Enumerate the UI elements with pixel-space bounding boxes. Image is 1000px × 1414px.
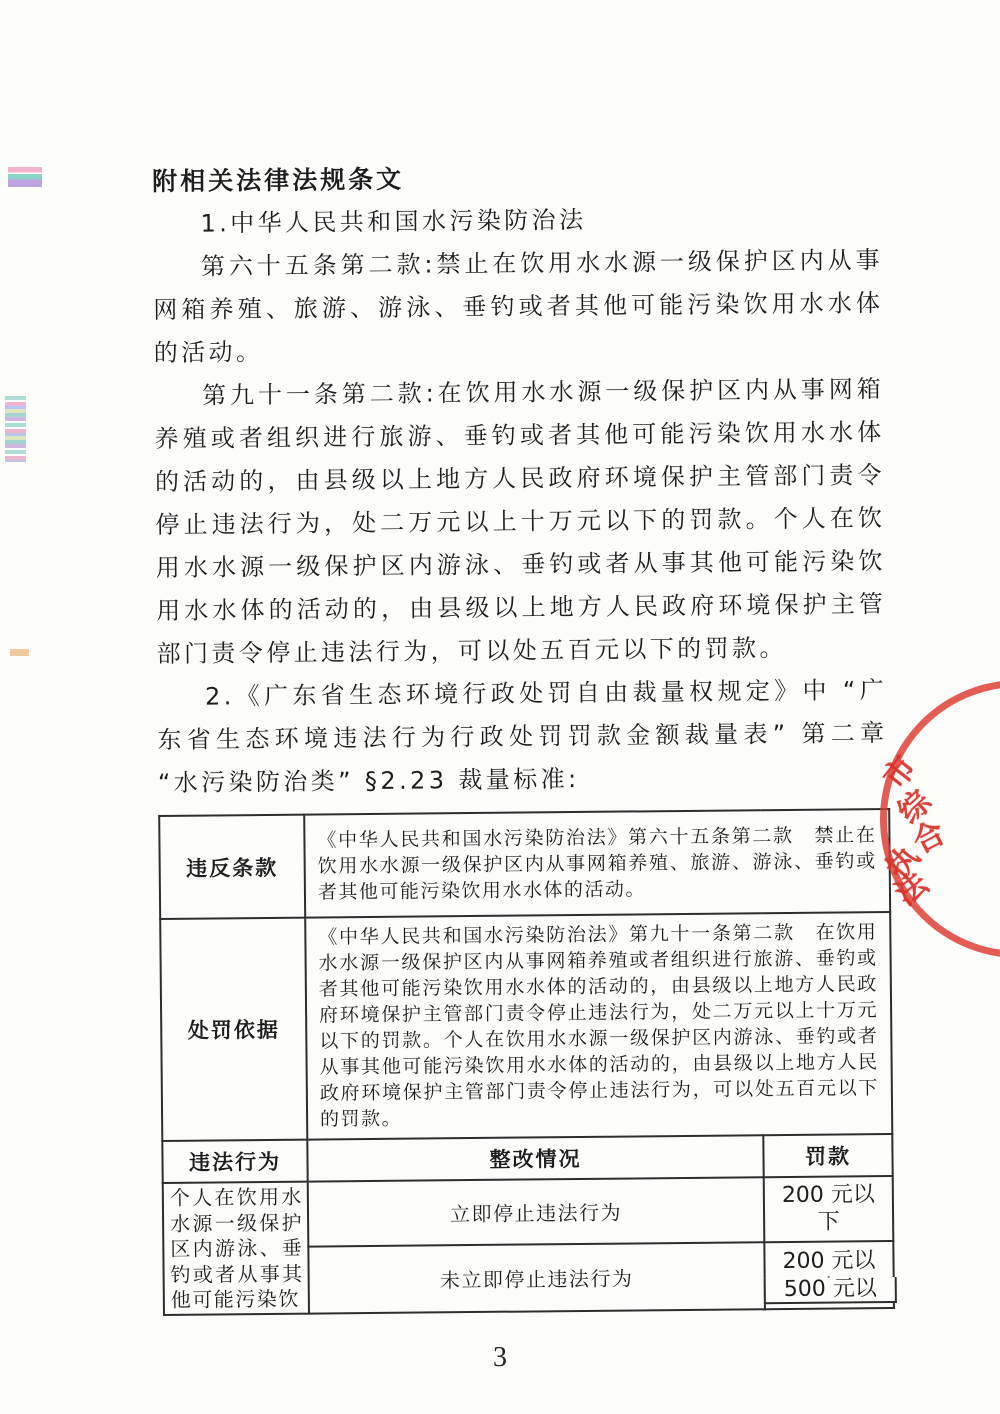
fine-cell-immediate: 200 元以 下 [764, 1176, 894, 1242]
document-heading: 附相关法律法规条文 [152, 153, 882, 203]
stamp-ring [880, 680, 1000, 958]
table-row-immediate-stop: 个人在饮用水水源一级保护区内游泳、垂钓或者从事其他可能污染饮 立即停止违法行为 … [163, 1176, 894, 1248]
rectification-header: 整改情况 [307, 1135, 763, 1181]
scan-color-artifact-middle [5, 396, 26, 462]
penalty-basis-label: 处罚依据 [160, 918, 307, 1141]
paragraph-law-title: 1.中华人民共和国水污染防治法 [152, 196, 882, 246]
scan-color-artifact-lower [10, 649, 29, 656]
fine-cell-overflow: 500 元以 [764, 1277, 897, 1304]
paragraph-article-91: 第九十一条第二款:在饮用水水源一级保护区内从事网箱养殖或者组织进行旅游、垂钓或者… [154, 368, 887, 676]
rectification-cell-not-immediate: 未立即停止违法行为 [308, 1242, 765, 1313]
violation-clause-content: 《中华人民共和国水污染防治法》第六十五条第二款 禁止在饮用水水源一级保护区内从事… [304, 809, 890, 918]
fine-header: 罚款 [763, 1134, 892, 1177]
rectification-cell-immediate: 立即停止违法行为 [308, 1177, 765, 1246]
table-row-basis: 处罚依据 《中华人民共和国水污染防治法》第九十一条第二款 在饮用水水源一级保护区… [160, 912, 892, 1141]
violation-clause-label: 违反条款 [159, 815, 305, 919]
behavior-cell: 个人在饮用水水源一级保护区内游泳、垂钓或者从事其他可能污染饮 [163, 1182, 309, 1315]
scanned-document-page: 附相关法律法规条文 1.中华人民共和国水污染防治法 第六十五条第二款:禁止在饮用… [0, 0, 1000, 1414]
stamp-character: 合 [903, 807, 951, 861]
table-header-row: 违法行为 整改情况 罚款 [162, 1134, 892, 1183]
penalty-basis-content: 《中华人民共和国水污染防治法》第九十一条第二款 在饮用水水源一级保护区内从事网箱… [305, 912, 892, 1140]
paragraph-article-65: 第六十五条第二款:禁止在饮用水水源一级保护区内从事网箱养殖、旅游、游泳、垂钓或者… [153, 239, 884, 375]
stamp-character: 法 [883, 859, 935, 914]
page-number: 3 [0, 1342, 1000, 1374]
table-row-violation: 违反条款 《中华人民共和国水污染防治法》第六十五条第二款 禁止在饮用水水源一级保… [159, 809, 890, 919]
stamp-character: 综 [886, 777, 939, 831]
behavior-header: 违法行为 [162, 1140, 307, 1183]
penalty-standard-table: 违反条款 《中华人民共和国水污染防治法》第六十五条第二款 禁止在饮用水水源一级保… [158, 808, 895, 1316]
document-content: 附相关法律法规条文 1.中华人民共和国水污染防治法 第六十五条第二款:禁止在饮用… [152, 153, 893, 1315]
scan-color-artifact-top [8, 167, 42, 187]
paragraph-guangdong-regulation: 2.《广东省生态环境行政处罚自由裁量权规定》中 “广东省生态环境违法行为行政处罚… [157, 669, 888, 805]
